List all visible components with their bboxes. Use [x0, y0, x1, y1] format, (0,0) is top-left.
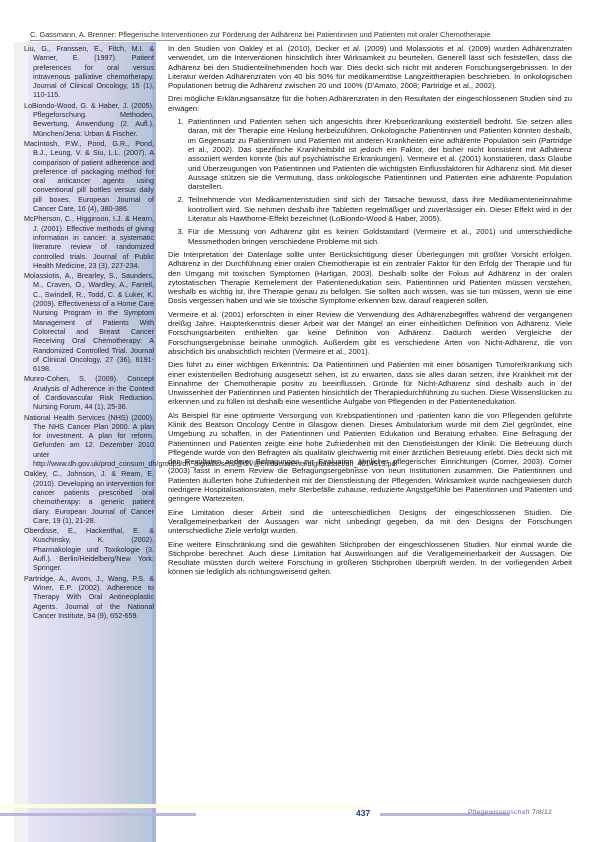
reference-item: LoBiondo-Wood, G. & Haber, J. (2005). Pf…	[24, 101, 154, 138]
footer-rule-left	[0, 813, 196, 816]
issue-number: 7/8/12	[532, 809, 552, 816]
paragraph: Die Interpretation der Datenlage sollte …	[168, 250, 572, 306]
paragraph: Eine weitere Einschränkung sind die gewä…	[168, 540, 572, 577]
references-list: Liu, G., Franssen, E., Fitch, M.I. & War…	[24, 44, 154, 621]
journal-title: Pflegewissenschaft	[468, 809, 530, 816]
main-text-column: In den Studien von Oakley et al. (2010),…	[168, 44, 572, 581]
footer-highlight	[0, 804, 370, 808]
reference-item: Oakley, C., Johnson, J. & Ream, E. (2010…	[24, 469, 154, 525]
reference-item: McPherson, C., Higginson, I.J. & Hearn, …	[24, 214, 154, 270]
reference-item: National Health Services (NHS) (2000). T…	[24, 413, 154, 469]
paragraph: Vermeire et al. (2001) erforschten in ei…	[168, 310, 572, 356]
list-item: Für die Messung von Adhärenz gibt es kei…	[186, 227, 572, 246]
reference-item: Oberdisse, E., Hackenthal, E. & Kuschins…	[24, 526, 154, 572]
paragraph: Dies führt zu einer wichtigen Erkenntnis…	[168, 360, 572, 406]
reference-item: Partridge, A., Avorn, J., Wang, P.S. & W…	[24, 574, 154, 620]
paragraph: Als Beispiel für eine optimierte Versorg…	[168, 411, 572, 504]
paragraph: In den Studien von Oakley et al. (2010),…	[168, 44, 572, 90]
paragraph: Eine Limitation dieser Arbeit sind die u…	[168, 508, 572, 536]
reference-item: Molassiotis, A., Brearley, S., Saunders,…	[24, 271, 154, 373]
paragraph: Drei mögliche Erklärungsansätze für die …	[168, 94, 572, 113]
list-item: Teilnehmende von Medikamentenstudien sin…	[186, 195, 572, 223]
page-footer: 437 Pflegewissenschaft 7/8/12	[0, 808, 595, 822]
running-head: C. Gassmann, A. Brenner: Pflegerische In…	[30, 30, 564, 41]
reference-item: Munro-Cohen, S. (2009). Concept Analysis…	[24, 374, 154, 411]
list-item: Patientinnen und Patienten sehen sich an…	[186, 117, 572, 191]
reference-item: MacIntosh, P.W., Pond, G.R., Pond, B.J.,…	[24, 139, 154, 213]
reference-item: Liu, G., Franssen, E., Fitch, M.I. & War…	[24, 44, 154, 100]
page-number: 437	[356, 808, 370, 818]
explanation-list: Patientinnen und Patienten sehen sich an…	[168, 117, 572, 246]
journal-name: Pflegewissenschaft 7/8/12	[468, 809, 552, 816]
